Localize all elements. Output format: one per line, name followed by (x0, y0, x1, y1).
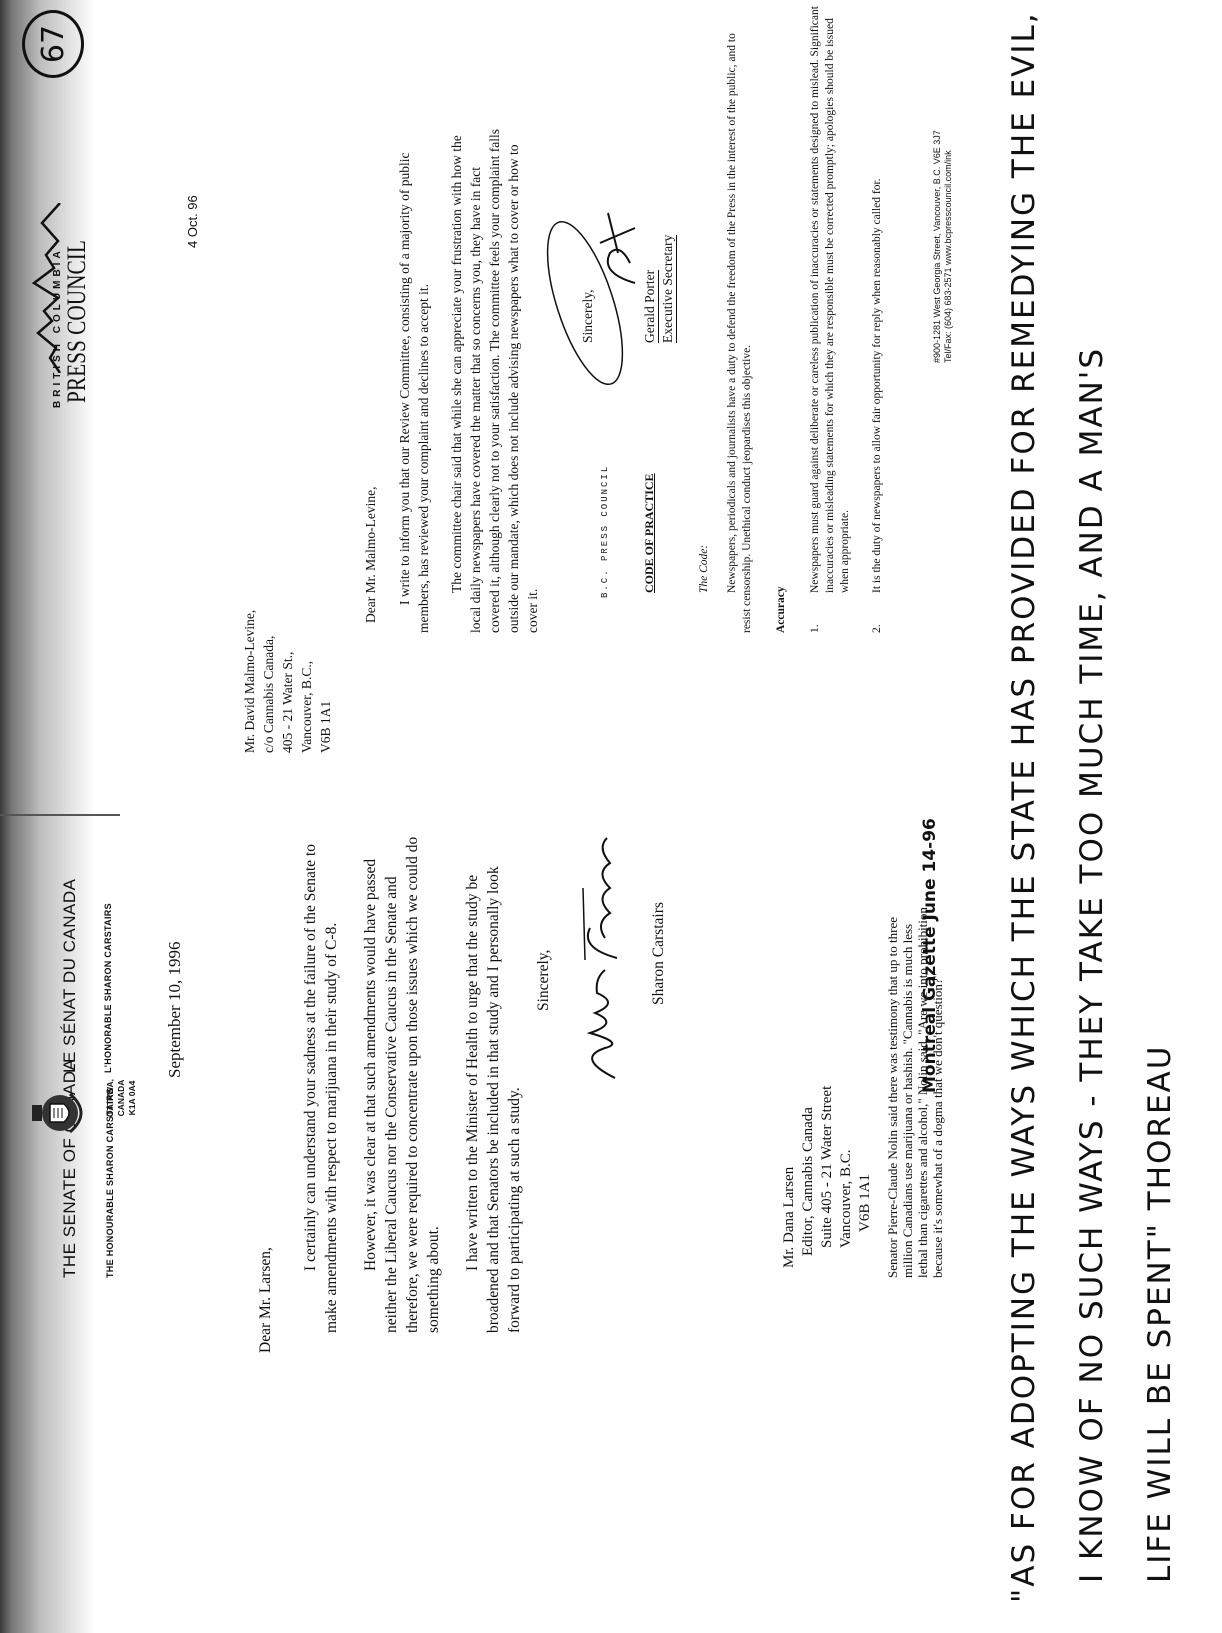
recipient-name: Mr. David Malmo-Levine, (240, 610, 259, 753)
page-number-circle: 67 (22, 10, 84, 78)
press-council-logo-big: PRESS COUNCIL (62, 240, 92, 403)
press-council-signer-name: Gerald Porter (642, 270, 659, 343)
press-council-salutation: Dear Mr. Malmo-Levine, (363, 487, 379, 623)
accuracy-heading: Accuracy (775, 586, 787, 633)
code-item-number: 1. (808, 624, 823, 633)
gerald-porter-signature (540, 193, 650, 393)
code-item-text: Newspapers must guard against deliberate… (808, 3, 853, 593)
press-council-body: I write to inform you that our Review Co… (395, 123, 542, 633)
senate-location-postal: K1A 0A4 (127, 1063, 138, 1133)
recipient-line: V6B 1A1 (316, 610, 335, 753)
page-number: 67 (22, 10, 84, 78)
recipient-name: Mr. Dana Larsen (780, 1086, 799, 1268)
code-item-number: 2. (870, 624, 885, 633)
quote-line: I KNOW OF NO SUCH WAYS - THEY TAKE TOO M… (1058, 11, 1126, 1603)
footer-contact: Tel/Fax: (604) 683-2571 www.bcpresscounc… (943, 130, 954, 363)
press-council-footer: #900-1281 West Georgia Street, Vancouver… (932, 130, 954, 363)
press-council-recipient-address: Mr. David Malmo-Levine, c/o Cannabis Can… (240, 610, 335, 753)
footer-address: #900-1281 West Georgia Street, Vancouver… (932, 130, 943, 363)
handwritten-source-note: Montreal Gazette June 14-96 (920, 818, 940, 1093)
recipient-line: Suite 405 - 21 Water Street (818, 1086, 837, 1268)
press-council-paragraph: The committee chair said that while she … (447, 123, 542, 633)
senate-location: OTTAWA, CANADA K1A 0A4 (105, 1063, 138, 1133)
senate-letterhead-fr: LE SÉNAT DU CANADA (60, 879, 80, 1073)
code-of-practice-title: CODE OF PRACTICE (642, 473, 657, 593)
recipient-line: V6B 1A1 (856, 1086, 875, 1268)
senate-closing: Sincerely, (535, 950, 553, 1011)
senate-subhead-fr: L'HONORABLE SHARON CARSTAIRS (103, 903, 113, 1073)
senate-letter-body: I certainly can understand your sadness … (300, 833, 543, 1333)
handwritten-thoreau-quote: "AS FOR ADOPTING THE WAYS WHICH THE STAT… (990, 11, 1194, 1603)
code-item-text: It is the duty of newspapers to allow fa… (870, 3, 885, 593)
coat-of-arms-icon (30, 1090, 93, 1136)
quote-line: "AS FOR ADOPTING THE WAYS WHICH THE STAT… (990, 11, 1058, 1603)
recipient-line: 405 - 21 Water St., (278, 610, 297, 753)
senate-recipient-address: Mr. Dana Larsen Editor, Cannabis Canada … (780, 1086, 875, 1268)
senate-location-city: OTTAWA, CANADA (105, 1063, 127, 1133)
code-label: The Code: (698, 545, 710, 593)
quote-line: LIFE WILL BE SPENT" THOREAU (1126, 11, 1194, 1603)
code-item: 2. It is the duty of newspapers to allow… (870, 3, 885, 633)
recipient-line: Editor, Cannabis Canada (799, 1086, 818, 1268)
senate-paragraph: I certainly can understand your sadness … (300, 833, 342, 1333)
senate-letter-date: September 10, 1996 (165, 942, 185, 1078)
scanned-document-page: THE SENATE OF CANADA THE HONOURABLE SHAR… (0, 0, 1222, 1633)
page-divider (0, 814, 120, 816)
senate-paragraph: However, it was clear at that such amend… (360, 833, 444, 1333)
sharon-carstairs-signature (555, 828, 650, 1088)
press-council-signer-title: Executive Secretary (660, 235, 677, 343)
press-council-paragraph: I write to inform you that our Review Co… (395, 123, 433, 633)
recipient-line: Vancouver, B.C. (837, 1086, 856, 1268)
senate-letter-salutation: Dear Mr. Larsen, (255, 853, 276, 1353)
press-council-date: 4 Oct. 96 (185, 195, 200, 248)
recipient-line: c/o Cannabis Canada, (259, 610, 278, 753)
senate-paragraph: I have written to the Minister of Health… (462, 833, 525, 1333)
recipient-line: Vancouver, B.C., (297, 610, 316, 753)
senate-signer-name: Sharon Carstairs (650, 902, 668, 1005)
code-header: B.C. PRESS COUNCIL (600, 465, 610, 598)
code-intro: Newspapers, periodicals and journalists … (725, 13, 755, 633)
code-item: 1. Newspapers must guard against deliber… (808, 3, 853, 633)
